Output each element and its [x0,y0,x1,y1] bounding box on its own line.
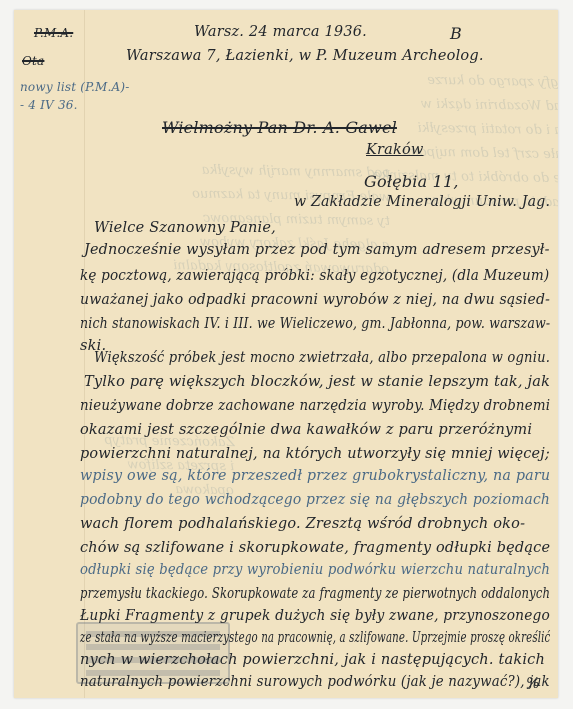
body-line: Jednocześnie wysyłam przez pod tym samym… [84,242,550,258]
body-line: podobny do tego wchodzącego przez się na… [80,492,550,508]
body-line: uważanej jako odpadki pracowni wyrobów z… [80,292,550,308]
letter-sheet: Z dał wiągfy zpargo do kurzewnętrze ad W… [14,10,558,698]
body-line: nieużywane dobrze zachowane narzędzia wy… [80,398,550,414]
body-line: ze stała na wyższe macierzystego na prac… [80,630,550,646]
closing-mark: % [526,676,540,692]
initial-mark: B [450,24,462,43]
body-line: odłupki się będące przy wyrobieniu podwó… [80,562,550,578]
body-line: powierzchni naturalnej, na których utwor… [80,446,550,462]
body-line: wpisy owe są, które przeszedł przez grub… [80,468,550,484]
recipient-street: Gołębia 11, [364,172,459,191]
body-line: Łupki Fragmenty z grupek dużych się były… [80,608,550,624]
margin-note: - 4 IV 36. [20,98,78,112]
body-line: nich stanowiskach IV. i III. we Wielicze… [80,316,550,332]
margin-crossed-ref: P.M.A. [34,26,73,40]
date-line: Warsz. 24 marca 1936. [194,24,367,40]
margin-note: nowy list (P.M.A)- [20,80,130,94]
body-line: kę pocztową, zawierającą próbki: skały e… [80,268,549,284]
body-line: wach florem podhalańskiego. Zresztą wśró… [80,516,525,532]
recipient-title: Wielmożny Pan Dr. A. Gawel [162,118,397,137]
body-line: chów są szlifowane i skorupkowate, fragm… [80,540,550,556]
body-line: Tylko parę większych bloczków, jest w st… [84,374,550,390]
margin-crossed-ref: Ota [22,54,44,68]
sender-address: Warszawa 7, Łazienki, w P. Muzeum Archeo… [126,48,484,64]
recipient-city: Kraków [366,142,424,158]
salutation: Wielce Szanowny Panie, [94,220,276,236]
body-line: okazami jest szczególnie dwa kawałków z … [80,422,532,438]
body-line: naturalnych powierzchni surowych podwórk… [80,674,550,690]
recipient-department: w Zakładzie Mineralogji Uniw. Jag. [294,194,550,210]
body-line: Większość próbek jest mocno zwietrzała, … [94,350,550,366]
body-line: przemysłu tkackiego. Skorupkowate za fra… [80,586,550,602]
body-line: nych w wierzchołach powierzchni, jak i n… [80,652,545,668]
